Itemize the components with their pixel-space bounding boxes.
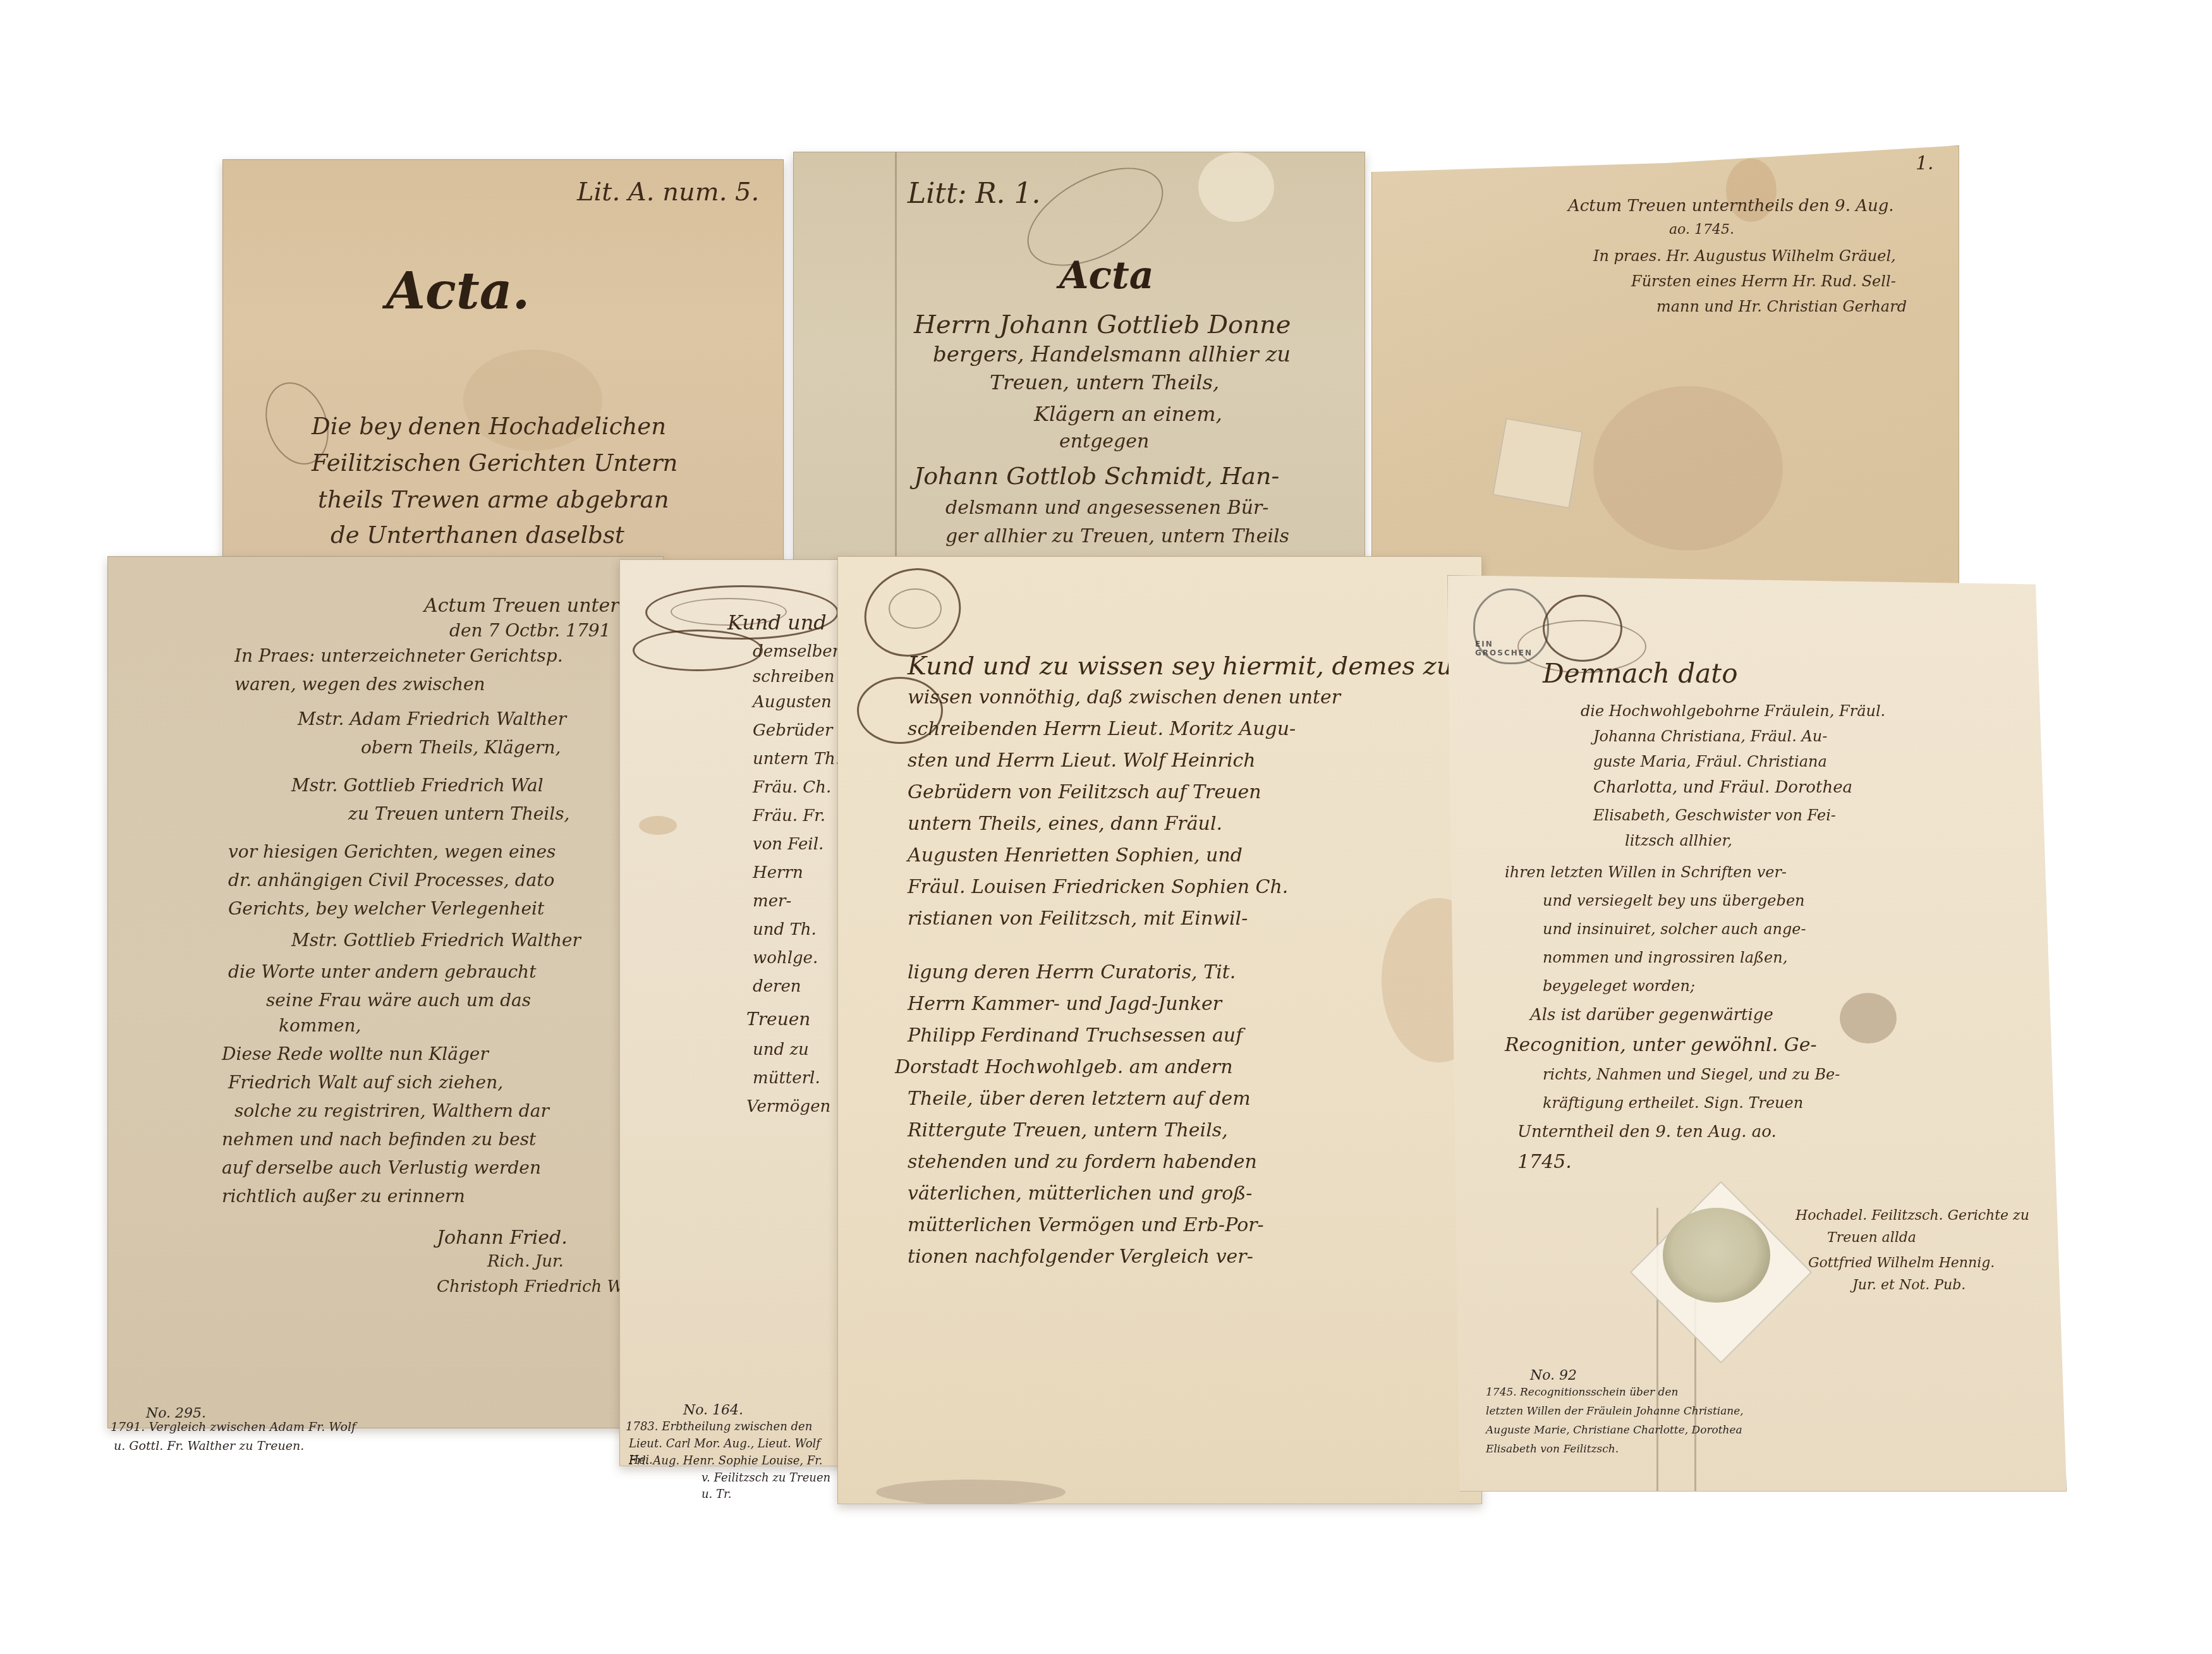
- text-line: waren, wegen des zwischen: [234, 674, 485, 695]
- text-line: Gerichts, bey welcher Verlegenheit: [228, 898, 544, 919]
- archive-note-number: No. 92: [1530, 1366, 1577, 1386]
- document-bottom-left: Actum Treuen untern den 7 Octbr. 1791 In…: [107, 556, 664, 1428]
- archive-note-text: Frl. Aug. Henr. Sophie Louise, Fr.: [629, 1453, 834, 1469]
- text-line: sten und Herrn Lieut. Wolf Heinrich: [908, 750, 1256, 772]
- title-acta: Acta.: [386, 261, 530, 320]
- text-line: Mstr. Gottlieb Friedrich Walther: [291, 930, 581, 951]
- text-line: litzsch allhier,: [1625, 832, 1732, 849]
- opening-words: Kund und zu wissen sey hiermit, demes zu: [908, 652, 1453, 681]
- signature-line: Jur. et Not. Pub.: [1852, 1277, 1966, 1293]
- archive-note-text: 1791. Vergleich zwischen Adam Fr. Wolf: [111, 1419, 356, 1437]
- text-line: und zu: [753, 1040, 809, 1059]
- text-line: Johanna Christiana, Fräul. Au-: [1593, 727, 1827, 745]
- text-line: Charlotta, und Fräul. Dorothea: [1593, 778, 1852, 797]
- text-line: die Hochwohlgebohrne Fräulein, Fräul.: [1581, 702, 1885, 720]
- text-line: Theile, über deren letztern auf dem: [908, 1088, 1251, 1110]
- archive-note-text: v. Feilitzsch zu Treuen u. Tr.: [702, 1470, 834, 1503]
- text-line: mann und Hr. Christian Gerhard: [1656, 298, 1907, 315]
- opening-words: Kund und: [727, 611, 827, 635]
- text-line: Die bey denen Hochadelichen: [312, 413, 666, 440]
- text-line: obern Theils, Klägern,: [361, 737, 561, 758]
- text-line: de Unterthanen daselbst: [331, 521, 624, 549]
- text-line: Gebrüder: [753, 721, 832, 740]
- archive-note-text: Elisabeth von Feilitzsch.: [1486, 1442, 1619, 1457]
- text-line: mer-: [753, 892, 791, 911]
- text-line: Unterntheil den 9. ten Aug. ao.: [1517, 1122, 1777, 1141]
- text-line: Johann Gottlob Schmidt, Han-: [914, 462, 1279, 490]
- text-line: ligung deren Herrn Curatoris, Tit.: [908, 961, 1236, 983]
- text-line: untern Th.: [753, 750, 841, 769]
- text-line: kräftigung ertheilet. Sign. Treuen: [1543, 1094, 1803, 1112]
- text-line: 1745.: [1517, 1151, 1572, 1173]
- text-line: vor hiesigen Gerichten, wegen eines: [228, 841, 556, 862]
- document-top-middle: Litt: R. 1. Acta Herrn Johann Gottlieb D…: [793, 152, 1365, 562]
- signature-line: Hochadel. Feilitzsch. Gerichte zu: [1796, 1208, 2029, 1224]
- text-line: und Th.: [753, 920, 817, 939]
- text-line: die Worte unter andern gebraucht: [228, 961, 536, 982]
- text-line: Philipp Ferdinand Truchsessen auf: [908, 1025, 1243, 1047]
- archive-note-text: 1783. Erbtheilung zwischen den: [626, 1419, 834, 1435]
- water-stain: [1593, 386, 1783, 550]
- text-line: auf derselbe auch Verlustig werden: [222, 1157, 541, 1178]
- text-line: Fürsten eines Herrn Hr. Rud. Sell-: [1631, 272, 1896, 290]
- edge-stain: [876, 1480, 1066, 1504]
- text-line: Treuen: [746, 1009, 810, 1030]
- archive-note-text: 1745. Recognitionsschein über den: [1486, 1385, 1679, 1401]
- text-line: ger allhier zu Treuen, untern Theils: [945, 525, 1289, 547]
- opening-words: Demnach dato: [1543, 658, 1737, 689]
- text-line: Diese Rede wollte nun Kläger: [222, 1043, 489, 1064]
- corner-reference: Litt: R. 1.: [908, 178, 1041, 210]
- text-line: wissen vonnöthig, daß zwischen denen unt…: [908, 686, 1340, 708]
- text-line: und insinuiret, solcher auch ange-: [1543, 920, 1806, 938]
- text-line: ihren letzten Willen in Schriften ver-: [1505, 863, 1787, 881]
- page-number: 1.: [1916, 152, 1934, 174]
- signature-line: Christoph Friedrich W.: [437, 1277, 626, 1296]
- text-line: untern Theils, eines, dann Fräul.: [908, 813, 1222, 835]
- text-line: Fräu. Ch.: [753, 778, 831, 797]
- document-top-left: Lit. A. num. 5. Acta. Die bey denen Hoch…: [222, 159, 784, 575]
- initial-flourish: [889, 588, 942, 629]
- ink-stain: [639, 816, 677, 835]
- text-line: Gebrüdern von Feilitzsch auf Treuen: [908, 781, 1261, 803]
- archive-note-number: No. 164.: [683, 1401, 743, 1421]
- text-line: deren: [753, 977, 801, 996]
- text-line: Herrn Johann Gottlieb Donne: [914, 310, 1291, 339]
- text-line: Fräul. Louisen Friedricken Sophien Ch.: [908, 876, 1288, 898]
- text-line: Augusten: [753, 693, 832, 712]
- text-line: mütterlichen Vermögen und Erb-Por-: [908, 1214, 1264, 1236]
- text-line: Augusten Henrietten Sophien, und: [908, 844, 1243, 867]
- text-line: demselben: [753, 642, 843, 661]
- text-line: und versiegelt bey uns übergeben: [1543, 892, 1805, 909]
- text-line: solche zu registriren, Walthern dar: [234, 1100, 549, 1121]
- binding-line: [895, 152, 897, 562]
- text-line: delsmann und angesessenen Bür-: [945, 497, 1268, 519]
- text-line: von Feil.: [753, 835, 823, 854]
- corner-reference: Lit. A. num. 5.: [577, 178, 759, 207]
- ink-stain: [1840, 993, 1897, 1043]
- document-bottom-center: Kund und zu wissen sey hiermit, demes zu…: [837, 556, 1482, 1504]
- text-line: Mstr. Adam Friedrich Walther: [298, 708, 566, 729]
- signature-line: Rich. Jur.: [487, 1252, 564, 1271]
- text-line: Feilitzischen Gerichten Untern: [312, 449, 678, 477]
- text-line: theils Trewen arme abgebran: [318, 486, 669, 513]
- text-line: Dorstadt Hochwohlgeb. am andern: [895, 1056, 1233, 1078]
- text-line: den 7 Octbr. 1791: [449, 620, 611, 641]
- text-line: Als ist darüber gegenwärtige: [1530, 1006, 1773, 1025]
- signature-line: Gottfried Wilhelm Hennig.: [1808, 1255, 1995, 1271]
- text-line: wohlge.: [753, 949, 818, 968]
- text-line: Actum Treuen untern: [424, 595, 631, 617]
- text-line: bergers, Handelsmann allhier zu: [933, 342, 1291, 367]
- text-line: nehmen und nach befinden zu best: [222, 1129, 536, 1150]
- text-line: tionen nachfolgender Vergleich ver-: [908, 1246, 1253, 1268]
- text-line: Recognition, unter gewöhnl. Ge-: [1505, 1034, 1817, 1056]
- wax-seal: [1663, 1208, 1770, 1303]
- water-stain: [1198, 152, 1274, 222]
- document-top-right: 1. Actum Treuen unterntheils den 9. Aug.…: [1371, 145, 1959, 588]
- archive-note-text: u. Gottl. Fr. Walther zu Treuen.: [114, 1438, 304, 1456]
- text-line: schreiben: [753, 667, 835, 686]
- signature-line: Johann Fried.: [437, 1227, 568, 1249]
- signature-line: Treuen allda: [1827, 1230, 1916, 1246]
- text-line: entgegen: [1059, 430, 1149, 453]
- text-line: Elisabeth, Geschwister von Fei-: [1593, 806, 1836, 824]
- text-line: Vermögen: [746, 1097, 830, 1116]
- text-line: Actum Treuen unterntheils den 9. Aug.: [1568, 197, 1894, 216]
- text-line: Herrn Kammer- und Jagd-Junker: [908, 993, 1222, 1015]
- initial-flourish: [633, 629, 763, 671]
- text-line: ristianen von Feilitzsch, mit Einwil-: [908, 908, 1248, 930]
- text-line: Herrn: [753, 863, 803, 882]
- text-line: väterlichen, mütterlichen und groß-: [908, 1183, 1253, 1205]
- text-line: In Praes: unterzeichneter Gerichtsp.: [234, 645, 563, 666]
- text-line: zu Treuen untern Theils,: [348, 803, 570, 824]
- torn-paper-fragment: [1492, 418, 1583, 509]
- text-line: dr. anhängigen Civil Processes, dato: [228, 870, 554, 891]
- text-line: richtlich außer zu erinnern: [222, 1186, 465, 1207]
- text-line: Mstr. Gottlieb Friedrich Wal: [291, 775, 544, 796]
- text-line: guste Maria, Fräul. Christiana: [1593, 753, 1827, 770]
- text-line: richts, Nahmen und Siegel, und zu Be-: [1543, 1066, 1840, 1083]
- text-line: Fräu. Fr.: [753, 806, 825, 825]
- text-line: Friedrich Walt auf sich ziehen,: [228, 1072, 503, 1093]
- text-line: Rittergute Treuen, untern Theils,: [908, 1119, 1228, 1141]
- text-line: Treuen, untern Theils,: [990, 370, 1219, 394]
- archive-note-text: letzten Willen der Fräulein Johanne Chri…: [1486, 1404, 1744, 1420]
- document-bottom-right: EIN GROSCHEN Demnach dato die Hochwohlge…: [1447, 575, 2067, 1492]
- title-acta: Acta: [1059, 253, 1154, 298]
- text-line: kommen,: [279, 1015, 361, 1036]
- text-line: mütterl.: [753, 1069, 820, 1088]
- text-line: schreibenden Herrn Lieut. Moritz Augu-: [908, 718, 1296, 740]
- document-bottom-center-left: Kund und demselben schreiben Augusten Ge…: [619, 559, 853, 1466]
- text-line: beygeleget worden;: [1543, 977, 1695, 995]
- archive-note-text: Auguste Marie, Christiane Charlotte, Dor…: [1486, 1423, 1742, 1438]
- text-line: In praes. Hr. Augustus Wilhelm Gräuel,: [1593, 247, 1896, 265]
- text-line: ao. 1745.: [1669, 222, 1734, 238]
- text-line: Klägern an einem,: [1034, 402, 1222, 426]
- text-line: nommen und ingrossiren laßen,: [1543, 949, 1787, 966]
- text-line: seine Frau wäre auch um das: [266, 990, 531, 1011]
- text-line: stehenden und zu fordern habenden: [908, 1151, 1257, 1173]
